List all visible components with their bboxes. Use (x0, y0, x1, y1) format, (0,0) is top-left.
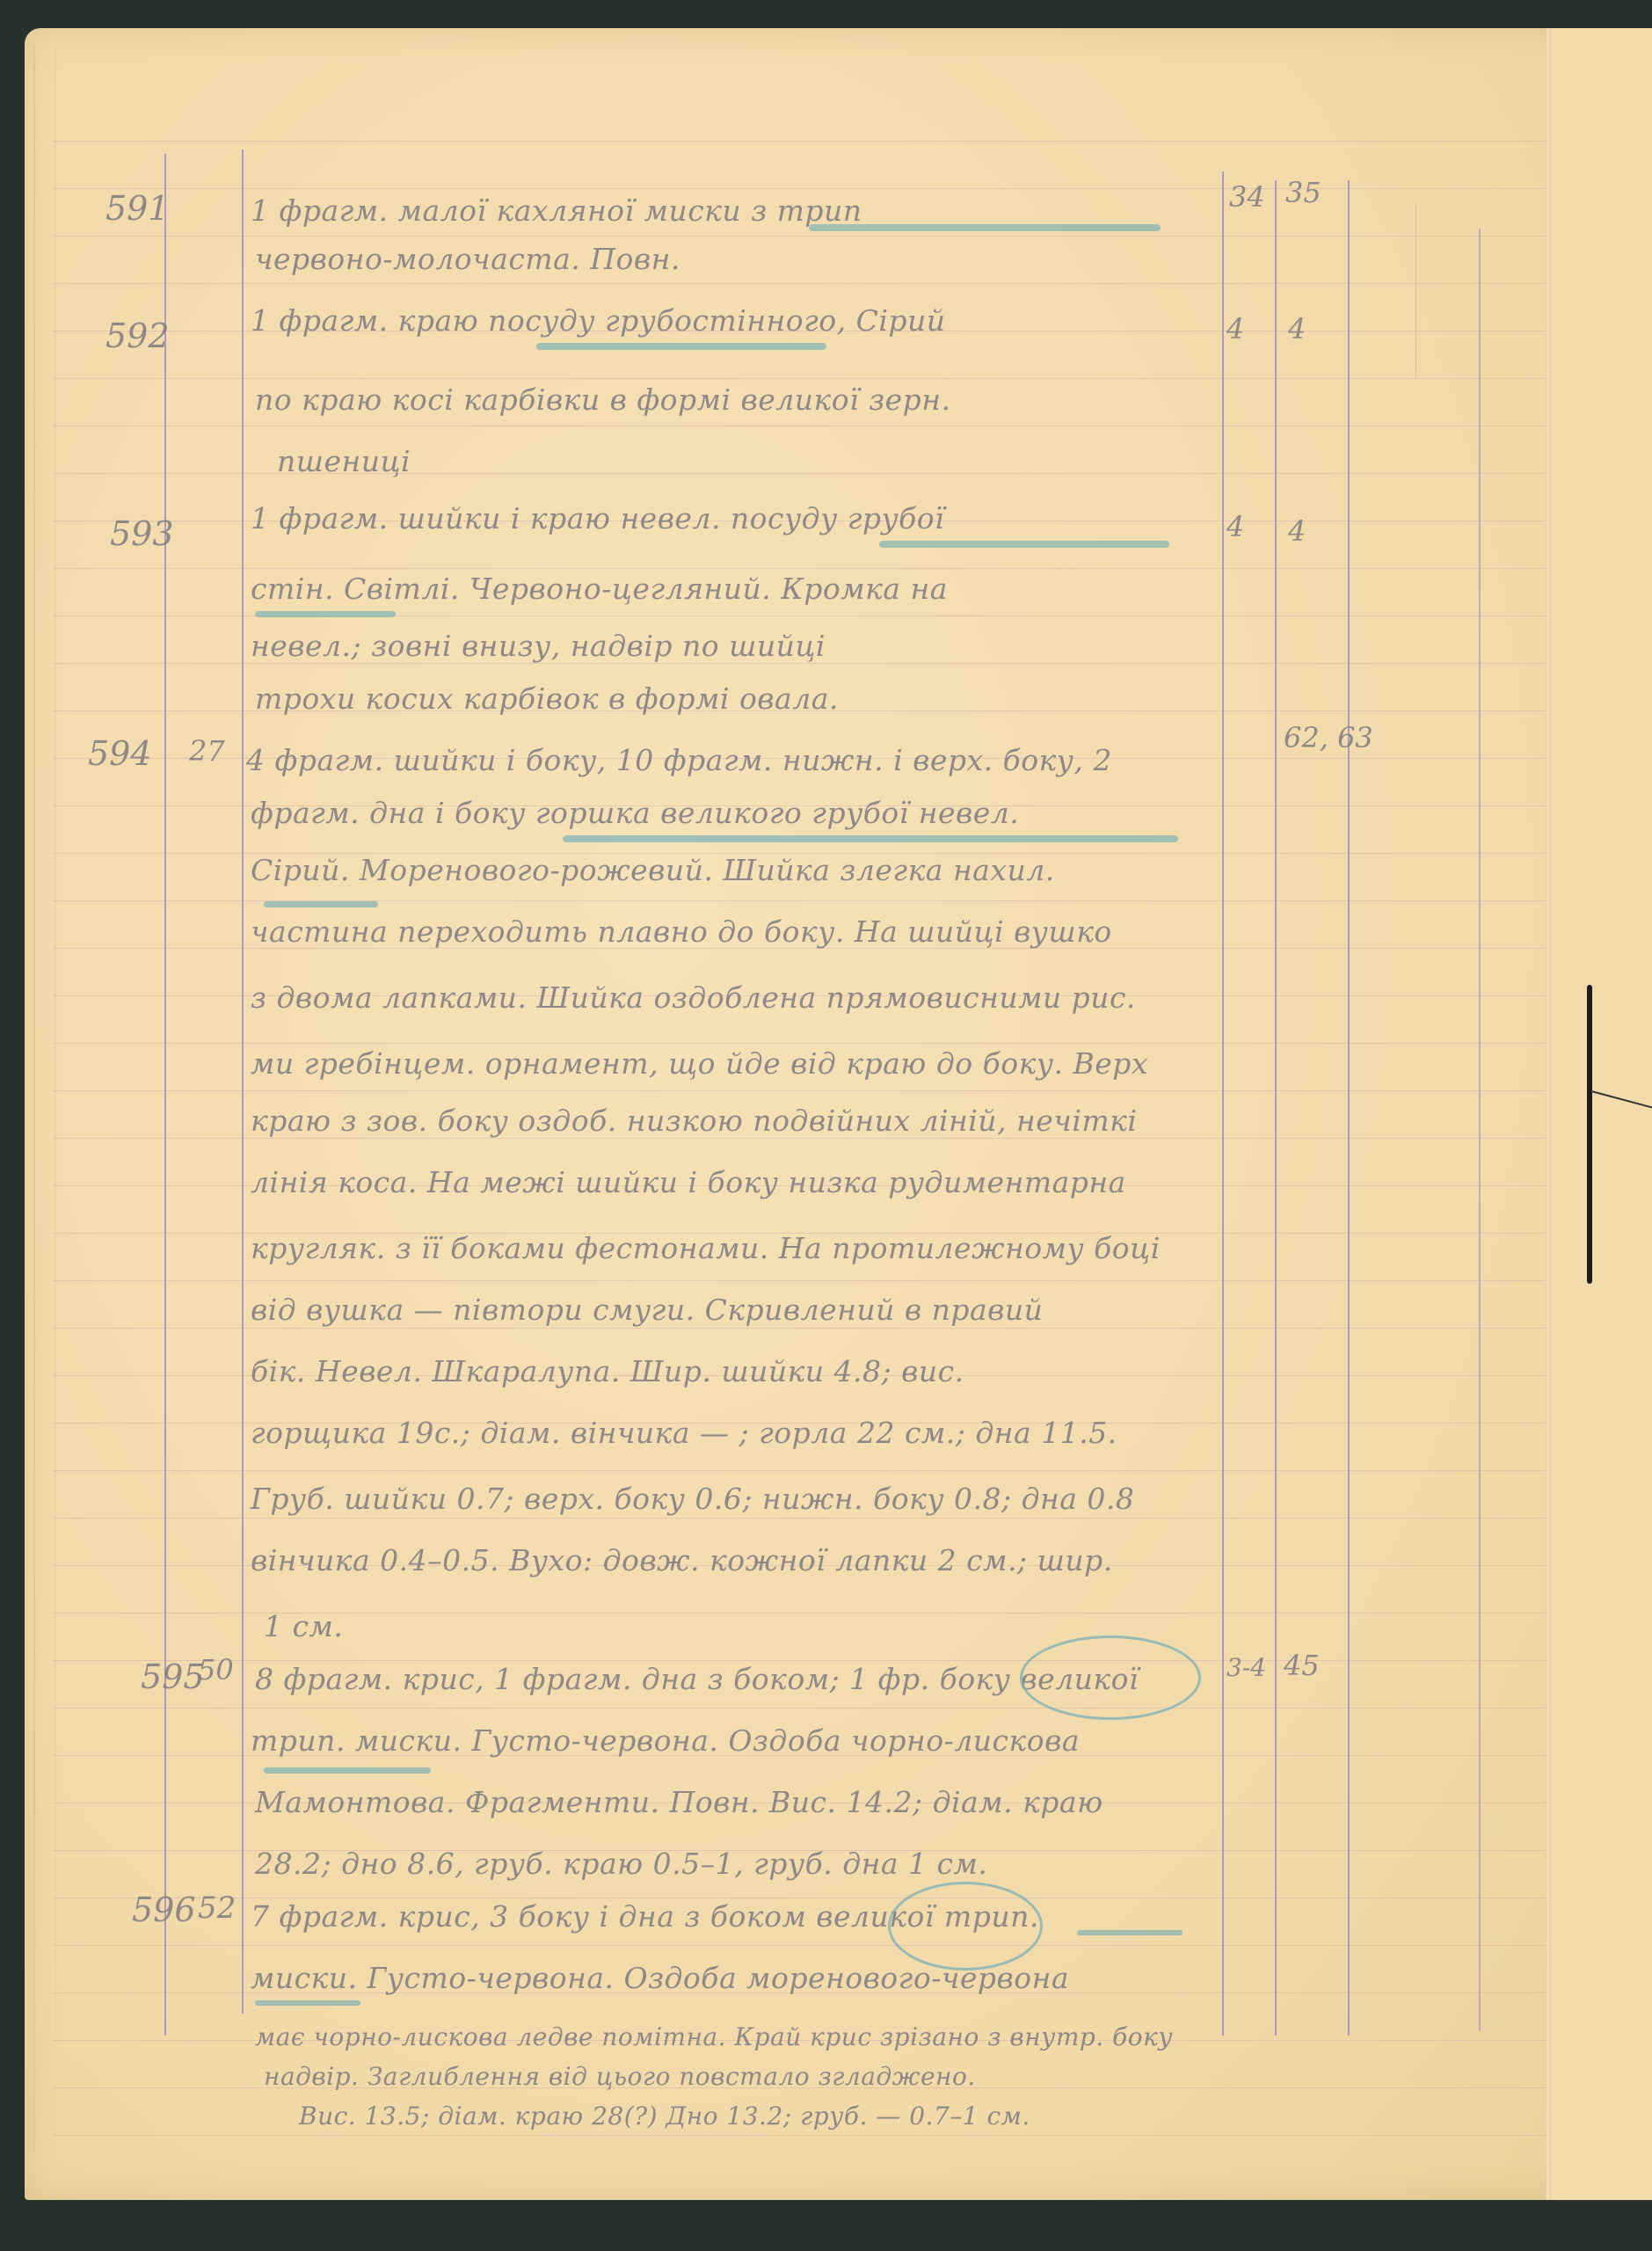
entry-line: стін. Світлі. Червоно-цегляний. Кромка н… (251, 572, 948, 606)
blue-underline (255, 611, 396, 617)
entry-number: 594 (88, 734, 152, 773)
entry-line: по краю косі карбівки в формі великої зе… (255, 382, 951, 417)
entry-line: Груб. шийки 0.7; верх. боку 0.6; нижн. б… (251, 1482, 1134, 1516)
entry-subnumber: 52 (198, 1890, 236, 1926)
entry-number: 592 (106, 317, 170, 355)
page-stack-edge (33, 44, 56, 2154)
col-b-value: 4 (1288, 514, 1306, 548)
entry-line: 8 фрагм. крис, 1 фрагм. дна з боком; 1 ф… (255, 1662, 1139, 1696)
entry-line: горщика 19с.; діам. вінчика — ; горла 22… (251, 1416, 1117, 1450)
col-b-value: 45 (1284, 1649, 1320, 1682)
entry-line: 1 фрагм. краю посуду грубостінного, Сіри… (251, 303, 946, 338)
margin-line-text (242, 149, 244, 2014)
ruled-line (53, 1708, 1547, 1708)
col-b-value: 4 (1288, 312, 1306, 346)
entry-line: Мамонтова. Фрагменти. Повн. Вис. 14.2; д… (255, 1785, 1103, 1819)
entry-line: кругляк. з її боками фестонами. На проти… (251, 1231, 1161, 1265)
entry-line: Вис. 13.5; діам. краю 28(?) Дно 13.2; гр… (299, 2102, 1030, 2131)
col-a-value: 3-4 (1226, 1653, 1266, 1682)
entry-line: 1 см. (264, 1609, 343, 1643)
entry-line: частина переходить плавно до боку. На ши… (251, 914, 1112, 949)
entry-subnumber: 27 (189, 734, 225, 768)
entry-line: 4 фрагм. шийки і боку, 10 фрагм. нижн. і… (246, 743, 1112, 777)
blue-underline (536, 343, 826, 350)
ruled-line (53, 1945, 1547, 1946)
ruled-line (53, 283, 1547, 284)
entry-number: 591 (106, 189, 170, 228)
blue-underline (563, 835, 1178, 842)
binding-clip (1587, 985, 1592, 1284)
col-b-value: 35 (1285, 176, 1321, 209)
col-a-value: 4 (1226, 312, 1244, 346)
column-line-e (1479, 229, 1481, 2031)
column-line-a (1222, 171, 1224, 2036)
entry-line: 1 фрагм. шийки і краю невел. посуду груб… (251, 501, 944, 535)
entry-line: з двома лапками. Шийка оздоблена прямови… (251, 980, 1136, 1015)
ruled-line (53, 1138, 1547, 1139)
ruled-line (53, 1328, 1547, 1329)
column-line-c (1348, 180, 1350, 2036)
ruled-line (53, 663, 1547, 664)
ruled-line (53, 188, 1547, 189)
ruled-line (53, 236, 1547, 237)
entry-line: бік. Невел. Шкаралупа. Шир. шийки 4.8; в… (251, 1354, 964, 1388)
entry-line: фрагм. дна і боку горшка великого грубої… (251, 796, 1019, 830)
entry-line: краю з зов. боку оздоб. низкою подвійних… (251, 1104, 1137, 1138)
blue-underline (879, 541, 1169, 548)
entry-line: Сірий. Моренового-рожевий. Шийка злегка … (251, 853, 1055, 887)
entry-line: 28.2; дно 8.6, груб. краю 0.5–1, груб. д… (255, 1847, 987, 1881)
entry-line: 1 фрагм. малої кахляної миски з трип (251, 193, 862, 228)
ruled-line (53, 568, 1547, 569)
entry-line: червоно-молочаста. Повн. (255, 242, 680, 276)
adjacent-page (1551, 28, 1652, 2200)
entry-number: 595 (141, 1657, 205, 1696)
ruled-line (53, 1518, 1547, 1519)
ruled-line (53, 141, 1547, 142)
entry-subnumber: 50 (198, 1653, 234, 1686)
ruled-line (53, 1043, 1547, 1044)
column-line-b (1275, 180, 1277, 2036)
entry-line: має чорно-лискова ледве помітна. Край кр… (255, 2022, 1173, 2051)
entry-line: трип. миски. Густо-червона. Оздоба чорно… (251, 1723, 1080, 1758)
col-a-value: 34 (1229, 180, 1265, 214)
blue-underline (264, 1767, 431, 1774)
entry-line: вінчика 0.4–0.5. Вухо: довж. кожної лапк… (251, 1543, 1113, 1577)
column-line-d (1415, 202, 1416, 378)
entry-line: трохи косих карбівок в формі овала. (255, 681, 839, 716)
blue-circle (1020, 1635, 1201, 1720)
col-a-value: 4 (1226, 510, 1244, 543)
entry-line: невел.; зовні внизу, надвір по шийці (251, 629, 826, 663)
entry-line: пшениці (277, 444, 411, 478)
entry-line: надвір. Заглиблення від цього повстало з… (264, 2062, 976, 2091)
col-b-value: 62, 63 (1284, 721, 1373, 754)
ruled-line (53, 1898, 1547, 1898)
ruled-line (53, 1470, 1547, 1471)
entry-number: 593 (110, 514, 174, 553)
ruled-line (53, 1660, 1547, 1661)
margin-line-left (164, 154, 166, 2036)
entry-line: від вушка — півтори смуги. Скривлений в … (251, 1293, 1043, 1327)
entry-line: ми гребінцем. орнамент, що йде від краю … (251, 1046, 1148, 1081)
ruled-line (53, 1090, 1547, 1091)
blue-underline (264, 901, 378, 907)
blue-circle (888, 1882, 1043, 1971)
entry-number: 596 (132, 1890, 196, 1929)
ruled-line (53, 378, 1547, 379)
blue-underline (1077, 1930, 1183, 1935)
ruled-line (53, 426, 1547, 426)
blue-underline (809, 224, 1161, 231)
entry-line: лінія коса. На межі шийки і боку низка р… (251, 1165, 1126, 1199)
ruled-line (53, 1280, 1547, 1281)
blue-underline (255, 2000, 360, 2006)
ruled-line (53, 2135, 1547, 2136)
